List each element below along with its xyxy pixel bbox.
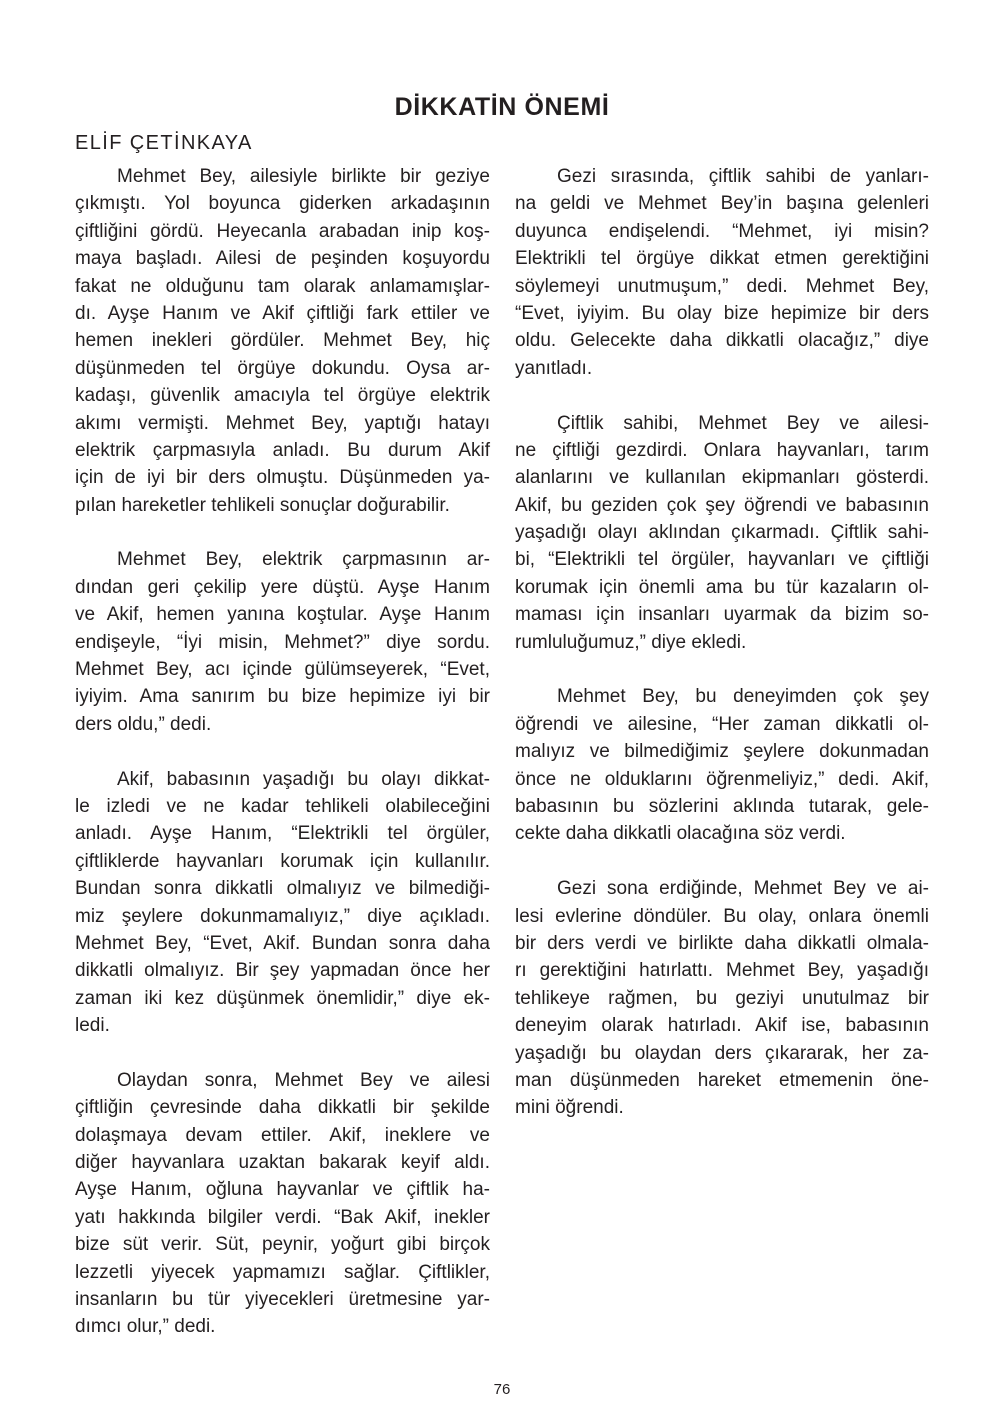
text-line: Mehmet Bey, ailesiyle birlikte bir geziy… xyxy=(75,163,490,190)
text-line: Akif, babasının yaşadığı bu olayı dikkat… xyxy=(75,766,490,793)
text-line: önce ne olduklarını öğrenmeliyiz,” dedi.… xyxy=(515,766,929,793)
paragraph: Mehmet Bey, elektrik çarpmasının ar-dınd… xyxy=(75,546,490,738)
right-column: Gezi sırasında, çiftlik sahibi de yanlar… xyxy=(515,163,929,1149)
author-name: ELİF ÇETİNKAYA xyxy=(75,128,253,158)
text-line: ve Akif, hemen yanına koştular. Ayşe Han… xyxy=(75,601,490,628)
page-title: DİKKATİN ÖNEMİ xyxy=(0,89,1004,125)
text-line: dından geri çekilip yere düştü. Ayşe Han… xyxy=(75,574,490,601)
text-line: ne çiftliği gezdirdi. Onlara hayvanları,… xyxy=(515,437,929,464)
text-line: cekte daha dikkatli olacağına söz verdi. xyxy=(515,820,929,847)
page-number: 76 xyxy=(0,1380,1004,1400)
text-line: Mehmet Bey, acı içinde gülümseyerek, “Ev… xyxy=(75,656,490,683)
text-line: Çiftlik sahibi, Mehmet Bey ve ailesi- xyxy=(515,410,929,437)
text-line: söylemeyi unutmuşum,” dedi. Mehmet Bey, xyxy=(515,273,929,300)
paragraph: Çiftlik sahibi, Mehmet Bey ve ailesi-ne … xyxy=(515,410,929,657)
text-line: “Evet, iyiyim. Bu olay bize hepimize bir… xyxy=(515,300,929,327)
text-line: düşünmeden tel örgüye dokundu. Oysa ar- xyxy=(75,355,490,382)
text-line: malıyız ve bilmediğimiz şeylere dokunmad… xyxy=(515,738,929,765)
text-line: lesi evlerine döndüler. Bu olay, onlara … xyxy=(515,903,929,930)
text-line: miz şeylere dokunmamalıyız,” diye açıkla… xyxy=(75,903,490,930)
text-line: öğrendi ve ailesine, “Her zaman dikkatli… xyxy=(515,711,929,738)
text-line: için de iyi bir ders olmuştu. Düşünmeden… xyxy=(75,464,490,491)
text-line: yaşadığı bu olaydan ders çıkararak, her … xyxy=(515,1040,929,1067)
paragraph: Olaydan sonra, Mehmet Bey ve ailesiçiftl… xyxy=(75,1067,490,1341)
text-line: Elektrikli tel örgüye dikkat etmen gerek… xyxy=(515,245,929,272)
paragraph: Akif, babasının yaşadığı bu olayı dikkat… xyxy=(75,766,490,1040)
text-line: maması için insanları uyarmak da bizim s… xyxy=(515,601,929,628)
text-line: na geldi ve Mehmet Bey’in başına gelenle… xyxy=(515,190,929,217)
text-line: hemen inekleri gördüler. Mehmet Bey, hiç xyxy=(75,327,490,354)
text-line: pılan hareketler tehlikeli sonuçlar doğu… xyxy=(75,492,490,519)
text-line: maya başladı. Ailesi de peşinden koşuyor… xyxy=(75,245,490,272)
text-line: lezzetli yiyecek yapmamızı sağlar. Çiftl… xyxy=(75,1259,490,1286)
text-line: yaşadığı olayı aklından çıkarmadı. Çiftl… xyxy=(515,519,929,546)
text-line: endişeyle, “İyi misin, Mehmet?” diye sor… xyxy=(75,629,490,656)
text-line: Akif, bu geziden çok şey öğrendi ve baba… xyxy=(515,492,929,519)
text-line: kadaşı, güvenlik amacıyla tel örgüye ele… xyxy=(75,382,490,409)
left-column: Mehmet Bey, ailesiyle birlikte bir geziy… xyxy=(75,163,490,1368)
text-line: Olaydan sonra, Mehmet Bey ve ailesi xyxy=(75,1067,490,1094)
paragraph: Mehmet Bey, ailesiyle birlikte bir geziy… xyxy=(75,163,490,519)
text-line: ders oldu,” dedi. xyxy=(75,711,490,738)
text-line: Mehmet Bey, bu deneyimden çok şey xyxy=(515,683,929,710)
text-line: Bundan sonra dikkatli olmalıyız ve bilme… xyxy=(75,875,490,902)
text-line: fakat ne olduğunu tam olarak anlamamışla… xyxy=(75,273,490,300)
text-line: yatı hakkında bilgiler verdi. “Bak Akif,… xyxy=(75,1204,490,1231)
text-line: Mehmet Bey, elektrik çarpmasının ar- xyxy=(75,546,490,573)
text-line: babasının bu sözlerini aklında tutarak, … xyxy=(515,793,929,820)
text-line: Gezi sırasında, çiftlik sahibi de yanlar… xyxy=(515,163,929,190)
text-line: dolaşmaya devam ettiler. Akif, ineklere … xyxy=(75,1122,490,1149)
text-line: Mehmet Bey, “Evet, Akif. Bundan sonra da… xyxy=(75,930,490,957)
paragraph: Mehmet Bey, bu deneyimden çok şeyöğrendi… xyxy=(515,683,929,847)
text-line: ledi. xyxy=(75,1012,490,1039)
text-line: akımı vermişti. Mehmet Bey, yaptığı hata… xyxy=(75,410,490,437)
text-line: alanlarını ve kullanılan ekipmanları gös… xyxy=(515,464,929,491)
text-line: çiftliğini gördü. Heyecanla arabadan ini… xyxy=(75,218,490,245)
text-line: Ayşe Hanım, oğluna hayvanlar ve çiftlik … xyxy=(75,1176,490,1203)
text-line: çıkmıştı. Yol boyunca giderken arkadaşın… xyxy=(75,190,490,217)
text-line: elektrik çarpmasıyla anladı. Bu durum Ak… xyxy=(75,437,490,464)
text-line: tehlikeye rağmen, bu geziyi unutulmaz bi… xyxy=(515,985,929,1012)
text-line: zaman iki kez düşünmek önemlidir,” diye … xyxy=(75,985,490,1012)
paragraph: Gezi sona erdiğinde, Mehmet Bey ve ai-le… xyxy=(515,875,929,1122)
text-line: rumluluğumuz,” diye ekledi. xyxy=(515,629,929,656)
text-line: duyunca endişelendi. “Mehmet, iyi misin? xyxy=(515,218,929,245)
paragraph: Gezi sırasında, çiftlik sahibi de yanlar… xyxy=(515,163,929,382)
text-line: man düşünmeden hareket etmemenin öne- xyxy=(515,1067,929,1094)
text-line: yanıtladı. xyxy=(515,355,929,382)
text-line: le izledi ve ne kadar tehlikeli olabilec… xyxy=(75,793,490,820)
text-line: insanların bu tür yiyecekleri üretmesine… xyxy=(75,1286,490,1313)
text-line: Gezi sona erdiğinde, Mehmet Bey ve ai- xyxy=(515,875,929,902)
text-line: deneyim olarak hatırladı. Akif ise, baba… xyxy=(515,1012,929,1039)
text-line: oldu. Gelecekte daha dikkatli olacağız,”… xyxy=(515,327,929,354)
text-line: bi, “Elektrikli tel örgüler, hayvanları … xyxy=(515,546,929,573)
text-line: çiftliklerde hayvanları korumak için kul… xyxy=(75,848,490,875)
text-line: korumak için önemli ama bu tür kazaların… xyxy=(515,574,929,601)
text-line: iyiyim. Ama sanırım bu bize hepimize iyi… xyxy=(75,683,490,710)
text-line: dikkatli olmalıyız. Bir şey yapmadan önc… xyxy=(75,957,490,984)
text-line: anladı. Ayşe Hanım, “Elektrikli tel örgü… xyxy=(75,820,490,847)
text-line: rı gerektiğini hatırlattı. Mehmet Bey, y… xyxy=(515,957,929,984)
text-line: çiftliğin çevresinde daha dikkatli bir ş… xyxy=(75,1094,490,1121)
text-line: bir ders verdi ve birlikte daha dikkatli… xyxy=(515,930,929,957)
text-line: dı. Ayşe Hanım ve Akif çiftliği fark ett… xyxy=(75,300,490,327)
text-line: dımcı olur,” dedi. xyxy=(75,1313,490,1340)
text-line: diğer hayvanlara uzaktan bakarak keyif a… xyxy=(75,1149,490,1176)
text-line: bize süt verir. Süt, peynir, yoğurt gibi… xyxy=(75,1231,490,1258)
text-line: mini öğrendi. xyxy=(515,1094,929,1121)
